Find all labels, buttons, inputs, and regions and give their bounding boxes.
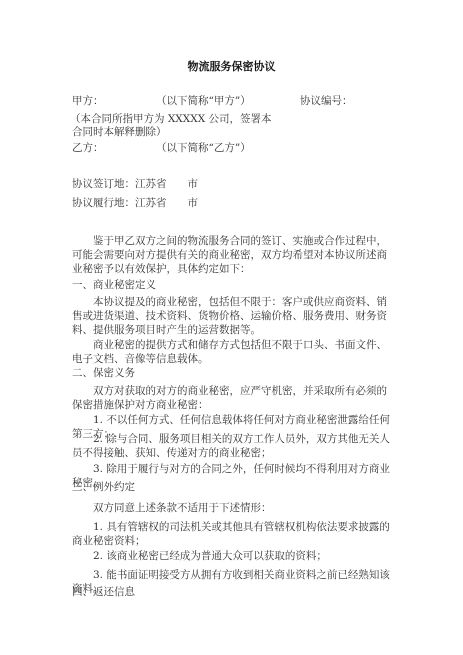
signing-place: 协议签订地：江苏省 市 [72,178,198,191]
performance-place: 协议履行地：江苏省 市 [72,197,198,210]
party-b-label: 乙方： [72,142,104,155]
list-item: 2. 该商业秘密已经成为普通大众可以获取的资料； [72,549,394,563]
party-a-note-line2: 合同时本解释删除） [72,126,167,139]
document-title: 物流服务保密协议 [0,58,463,74]
list-item: 1. 具有管辖权的司法机关或其他具有管辖权机构依法要求披露的商业秘密资料； [72,520,394,548]
section-paragraph: 本协议提及的商业秘密，包括但不限于：客户或供应商资料、销售或进货渠道、技术资料、… [72,295,394,337]
party-b-alias: （以下简称“乙方”） [156,142,251,155]
section-heading: 二、保密义务 [72,367,135,380]
section-paragraph: 商业秘密的提供方式和储存方式包括但不限于口头、书面文件、电子文档、音像等信息载体… [72,338,394,366]
section-paragraph: 双方对获取的对方的商业秘密，应严守机密，并采取所有必须的保密措施保护对方商业秘密… [72,384,394,412]
document-page: 物流服务保密协议 甲方： （以下简称“甲方”） 协议编号： （本合同所指甲方为 … [0,0,463,655]
agreement-number-label: 协议编号： [300,95,353,108]
section-paragraph: 双方同意上述条款不适用于下述情形： [72,501,394,515]
section-heading: 一、商业秘密定义 [72,279,156,292]
section-heading: 四、返还信息 [72,586,135,599]
list-item: 2. 除与合同、服务项目相关的双方工作人员外，双方其他无关人员不得接触、获知、传… [72,432,394,460]
party-a-label: 甲方： [72,95,104,108]
party-a-alias: （以下简称“甲方”） [156,95,251,108]
party-a-note-line1: （本合同所指甲方为 XXXXX 公司，签署本 [70,113,272,126]
preamble: 鉴于甲乙双方之间的物流服务合同的签订、实施或合作过程中，可能会需要向对方提供有关… [72,234,394,276]
section-heading: 三、例外约定 [72,481,135,494]
